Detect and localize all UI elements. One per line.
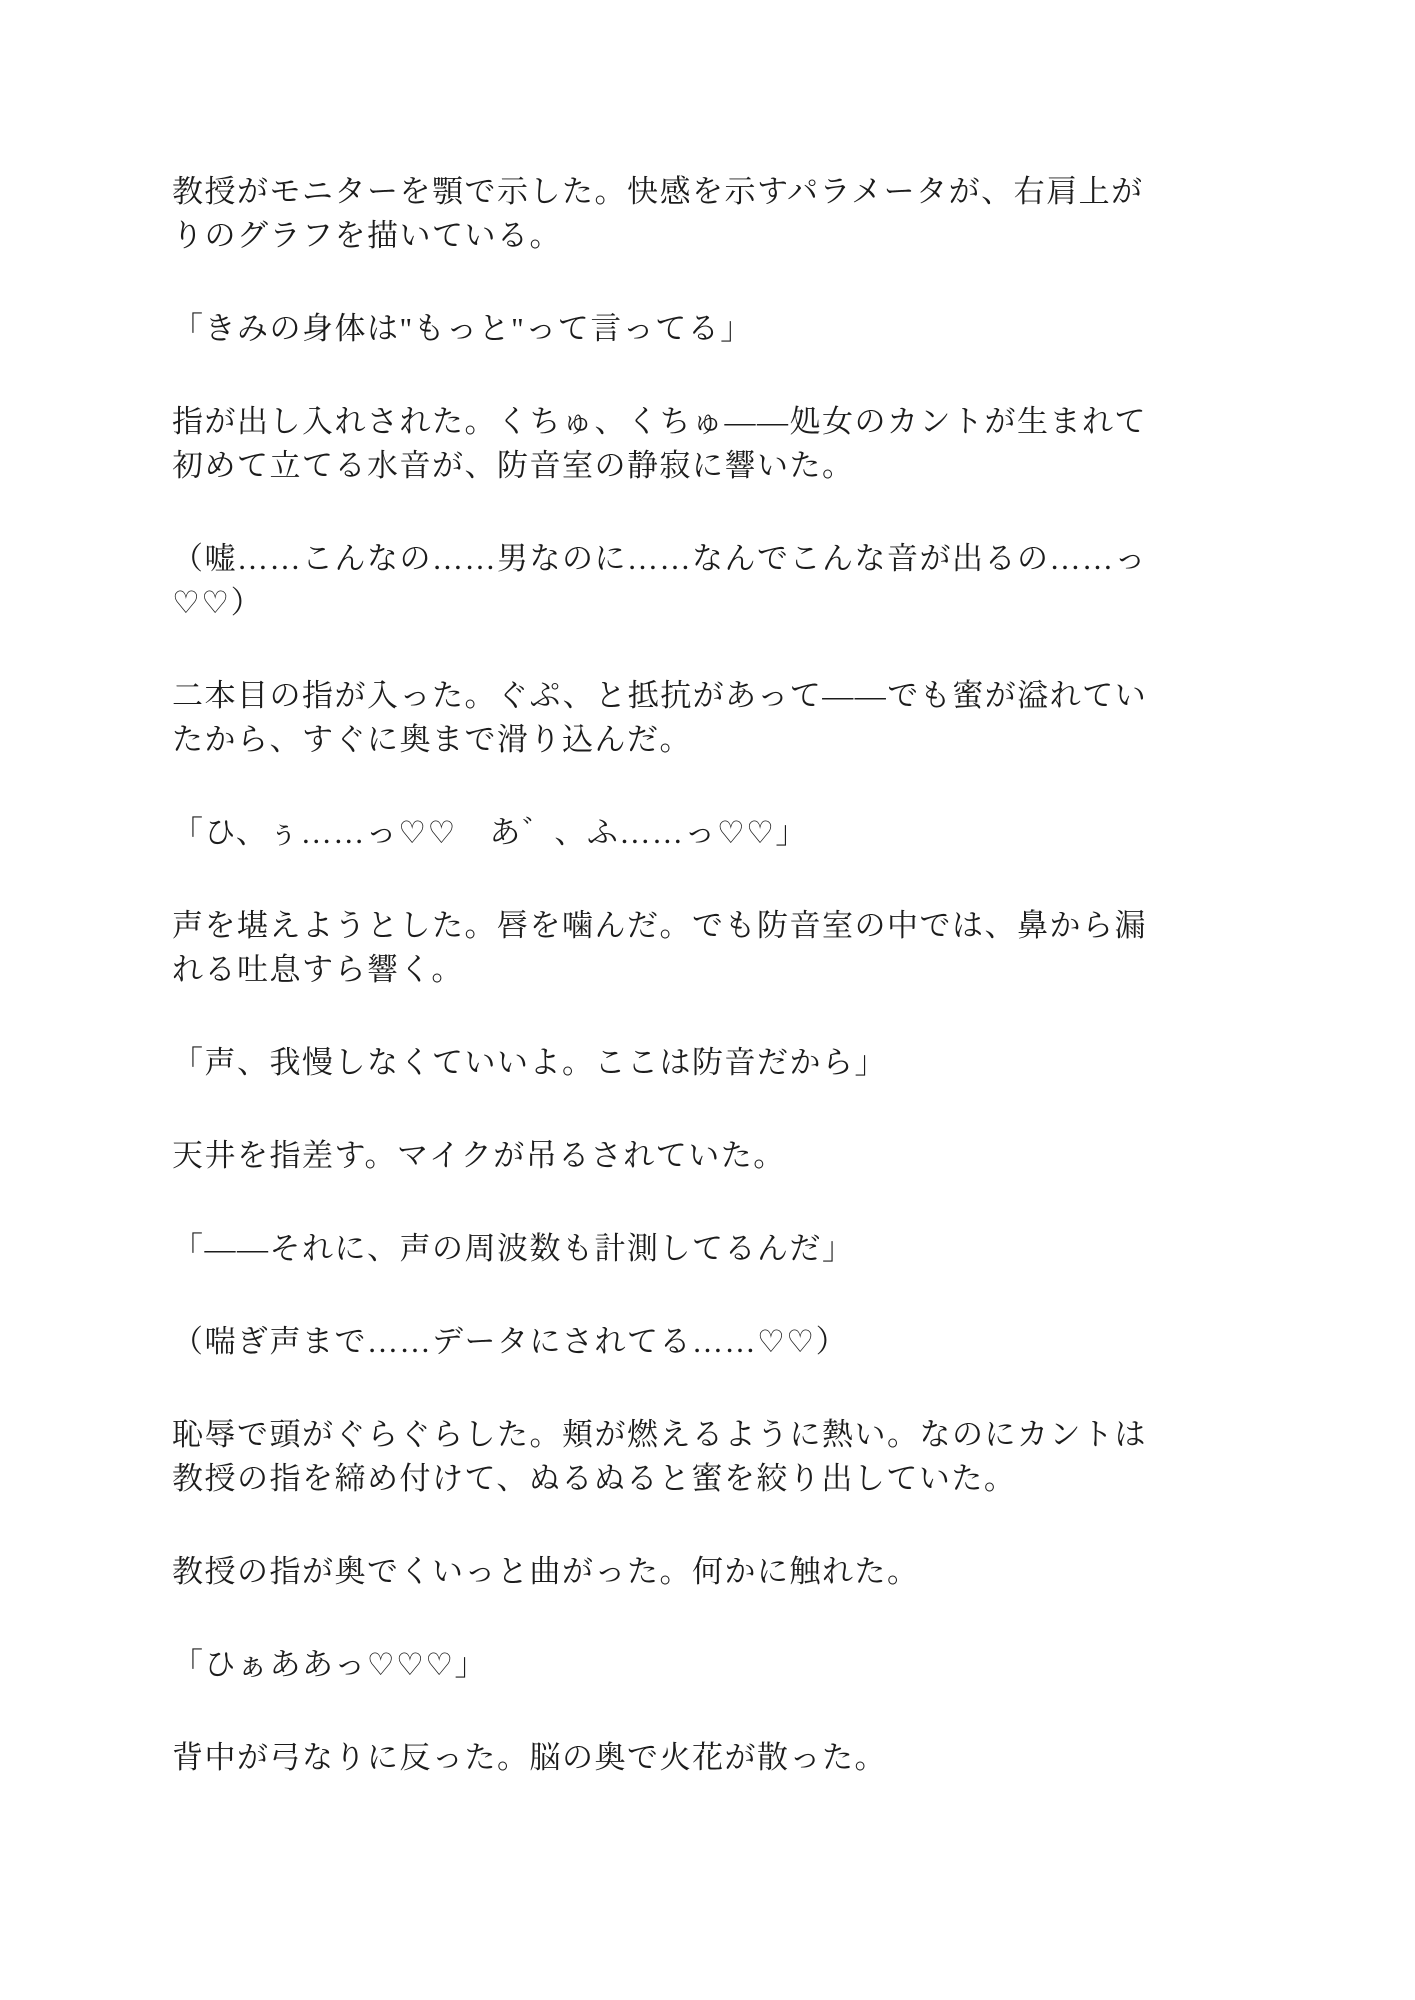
paragraph-narration-8: 背中が弓なりに反った。脳の奥で火花が散った。	[172, 1736, 1332, 1780]
paragraph-dialogue-1: 「きみの身体は"もっと"って言ってる」	[172, 307, 1332, 351]
document-page: 教授がモニターを顎で示した。快感を示すパラメータが、右肩上が りのグラフを描いて…	[0, 0, 1415, 2000]
paragraph-thought-1: （嘘……こんなの……男なのに……なんでこんな音が出るの……っ ♡♡）	[172, 537, 1332, 625]
paragraph-narration-3: 二本目の指が入った。ぐぷ、と抵抗があって——でも蜜が溢れてい たから、すぐに奥ま…	[172, 674, 1332, 762]
paragraph-narration-1: 教授がモニターを顎で示した。快感を示すパラメータが、右肩上が りのグラフを描いて…	[172, 170, 1332, 258]
paragraph-dialogue-4: 「——それに、声の周波数も計測してるんだ」	[172, 1227, 1332, 1271]
paragraph-narration-7: 教授の指が奥でくいっと曲がった。何かに触れた。	[172, 1550, 1332, 1594]
paragraph-dialogue-5: 「ひぁああっ♡♡♡」	[172, 1643, 1332, 1687]
paragraph-narration-2: 指が出し入れされた。くちゅ、くちゅ——処女のカントが生まれて 初めて立てる水音が…	[172, 400, 1332, 488]
paragraph-narration-6: 恥辱で頭がぐらぐらした。頬が燃えるように熱い。なのにカントは 教授の指を締め付け…	[172, 1413, 1332, 1501]
paragraph-narration-5: 天井を指差す。マイクが吊るされていた。	[172, 1134, 1332, 1178]
paragraph-narration-4: 声を堪えようとした。唇を噛んだ。でも防音室の中では、鼻から漏 れる吐息すら響く。	[172, 904, 1332, 992]
paragraph-dialogue-3: 「声、我慢しなくていいよ。ここは防音だから」	[172, 1041, 1332, 1085]
paragraph-dialogue-2: 「ひ、ぅ……っ♡♡ あ゛、ふ……っ♡♡」	[172, 811, 1332, 855]
paragraph-thought-2: （喘ぎ声まで……データにされてる……♡♡）	[172, 1320, 1332, 1364]
